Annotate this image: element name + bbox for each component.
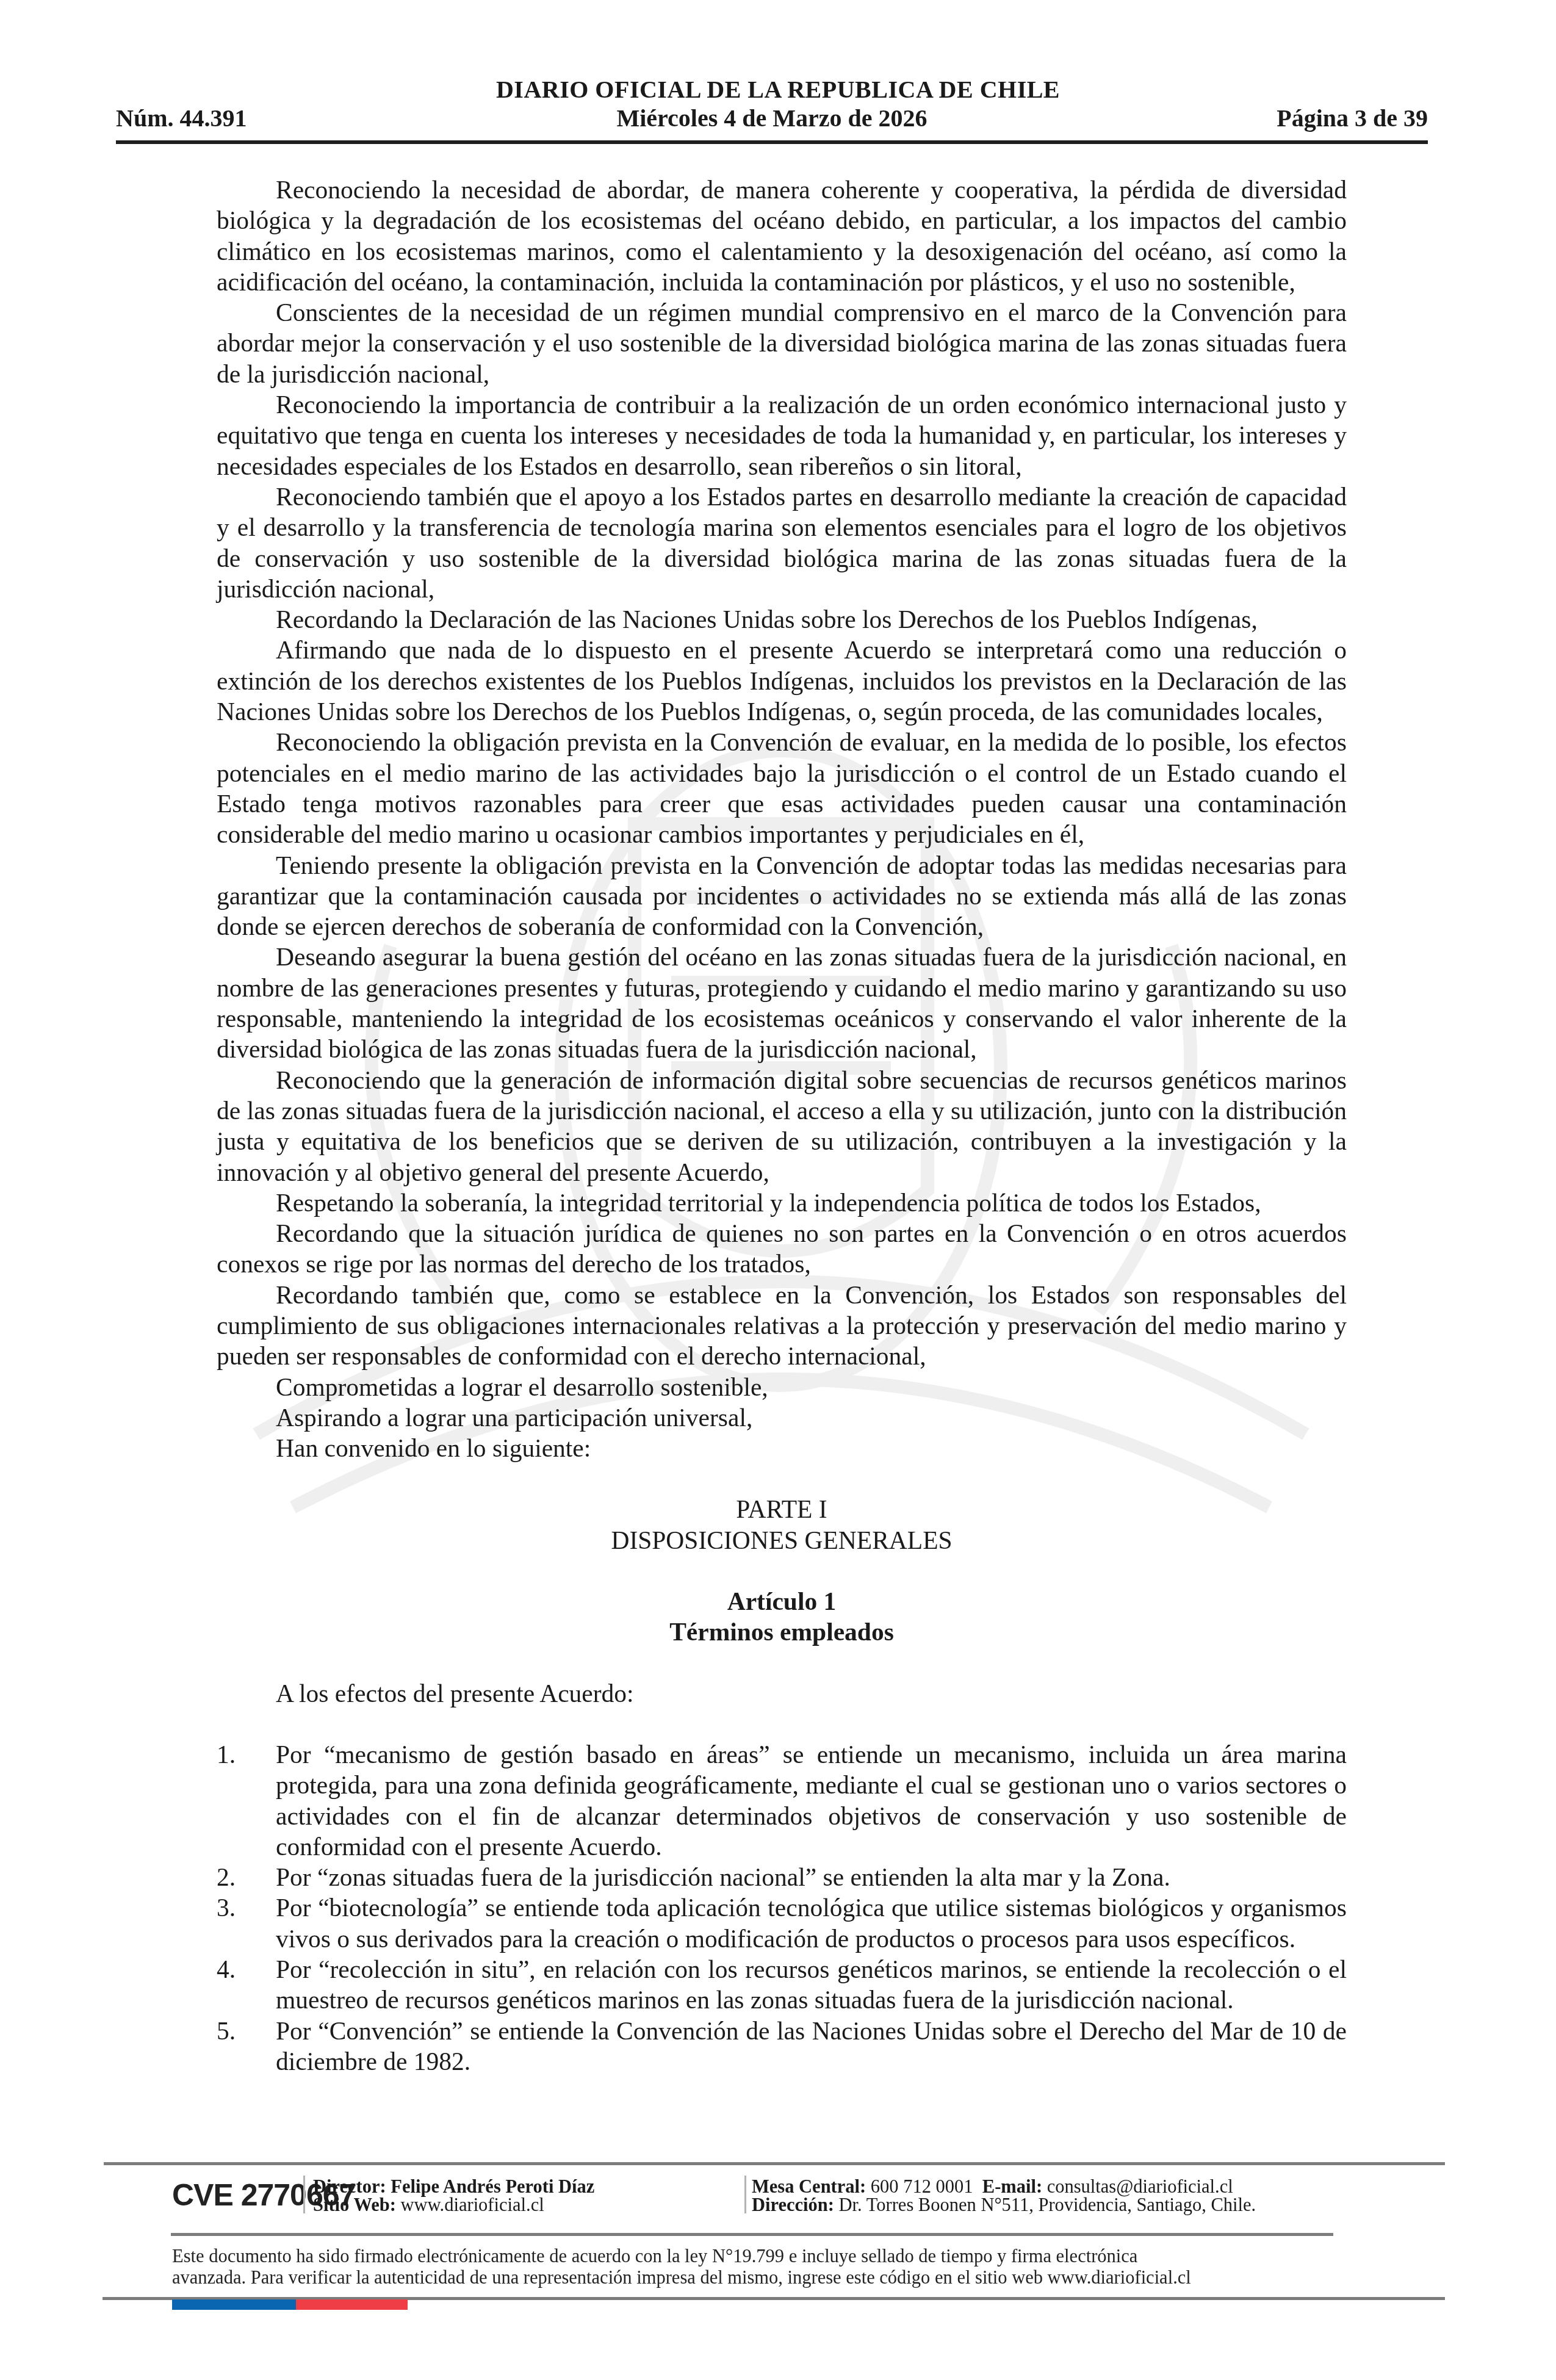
definitions-list: 1.Por “mecanismo de gestión basado en ár…	[217, 1739, 1347, 2077]
article-title: Términos empleados	[217, 1617, 1347, 1647]
address-label: Dirección:	[752, 2194, 834, 2215]
preamble-paragraph: Comprometidas a lograr el desarrollo sos…	[217, 1372, 1347, 1402]
footer-separator	[744, 2176, 746, 2213]
flag-stripe-blue	[172, 2299, 296, 2310]
preamble-paragraph: Deseando asegurar la buena gestión del o…	[217, 942, 1347, 1064]
footer-director-block: Director: Felipe Andrés Peroti Díaz Siti…	[313, 2177, 594, 2214]
page-indicator: Página 3 de 39	[1277, 104, 1428, 132]
preamble-paragraph: Afirmando que nada de lo dispuesto en el…	[217, 635, 1347, 727]
footer-separator	[303, 2176, 305, 2213]
list-item: 5.Por “Convención” se entiende la Conven…	[217, 2016, 1347, 2077]
article-heading: Artículo 1 Términos empleados	[217, 1586, 1347, 1648]
website-label: Sitio Web:	[313, 2194, 396, 2215]
list-item: 4.Por “recolección in situ”, en relación…	[217, 1954, 1347, 2016]
list-item-text: Por “zonas situadas fuera de la jurisdic…	[276, 1863, 1170, 1891]
list-item-number: 1.	[217, 1739, 236, 1770]
list-item: 2.Por “zonas situadas fuera de la jurisd…	[217, 1862, 1347, 1892]
document-body: Reconociendo la necesidad de abordar, de…	[217, 175, 1347, 2077]
article-number: Artículo 1	[217, 1586, 1347, 1617]
preamble-paragraph: Reconociendo la importancia de contribui…	[217, 389, 1347, 481]
list-item-text: Por “Convención” se entiende la Convenci…	[276, 2017, 1347, 2075]
footer-mid-divider	[171, 2233, 1333, 2236]
article-intro: A los efectos del presente Acuerdo:	[217, 1678, 1347, 1709]
phone-number: 600 712 0001	[871, 2176, 973, 2197]
preamble-paragraph: Recordando la Declaración de las Nacione…	[217, 604, 1347, 635]
website-link[interactable]: www.diarioficial.cl	[401, 2194, 544, 2215]
preamble-paragraph: Reconociendo que la generación de inform…	[217, 1065, 1347, 1188]
header-divider	[116, 140, 1428, 144]
part-heading: PARTE I DISPOSICIONES GENERALES	[217, 1494, 1347, 1556]
electronic-signature-notice: Este documento ha sido firmado electróni…	[172, 2246, 1331, 2288]
list-item-text: Por “biotecnología” se entiende toda apl…	[276, 1894, 1347, 1952]
legal-line: avanzada. Para verificar la autenticidad…	[172, 2267, 1331, 2288]
footer-contact-block: Mesa Central: 600 712 0001 E-mail: consu…	[752, 2177, 1256, 2214]
part-number: PARTE I	[217, 1494, 1347, 1524]
address: Dr. Torres Boonen N°511, Providencia, Sa…	[839, 2194, 1256, 2215]
list-item-number: 5.	[217, 2016, 236, 2046]
preamble-paragraph: Reconociendo la obligación prevista en l…	[217, 727, 1347, 849]
director-label: Director:	[313, 2176, 386, 2197]
issue-date: Miércoles 4 de Marzo de 2026	[116, 104, 1428, 132]
list-item-number: 2.	[217, 1862, 236, 1892]
preamble-paragraph: Aspirando a lograr una participación uni…	[217, 1402, 1347, 1433]
director-name: Felipe Andrés Peroti Díaz	[391, 2176, 594, 2197]
list-item-number: 4.	[217, 1954, 236, 1985]
email-link[interactable]: consultas@diarioficial.cl	[1047, 2176, 1233, 2197]
list-item-text: Por “mecanismo de gestión basado en área…	[276, 1740, 1347, 1861]
preamble-paragraph: Conscientes de la necesidad de un régime…	[217, 297, 1347, 389]
publication-title: DIARIO OFICIAL DE LA REPUBLICA DE CHILE	[0, 75, 1556, 104]
header-meta-row: Núm. 44.391 Miércoles 4 de Marzo de 2026…	[116, 104, 1428, 134]
preamble-paragraph: Reconociendo la necesidad de abordar, de…	[217, 175, 1347, 297]
phone-label: Mesa Central:	[752, 2176, 866, 2197]
list-item: 1.Por “mecanismo de gestión basado en ár…	[217, 1739, 1347, 1862]
preamble-paragraph: Teniendo presente la obligación prevista…	[217, 850, 1347, 942]
list-item: 3.Por “biotecnología” se entiende toda a…	[217, 1892, 1347, 1954]
list-item-number: 3.	[217, 1892, 236, 1923]
footer-top-divider	[104, 2162, 1445, 2165]
email-label: E-mail:	[982, 2176, 1042, 2197]
legal-line: Este documento ha sido firmado electróni…	[172, 2246, 1331, 2267]
part-title: DISPOSICIONES GENERALES	[217, 1525, 1347, 1556]
flag-stripe-red	[296, 2299, 408, 2310]
preamble-paragraph: Respetando la soberanía, la integridad t…	[217, 1188, 1347, 1218]
preamble-paragraph: Recordando también que, como se establec…	[217, 1280, 1347, 1372]
preamble-paragraph: Han convenido en lo siguiente:	[217, 1433, 1347, 1463]
list-item-text: Por “recolección in situ”, en relación c…	[276, 1955, 1347, 2014]
preamble-paragraph: Recordando que la situación jurídica de …	[217, 1218, 1347, 1280]
preamble-paragraph: Reconociendo también que el apoyo a los …	[217, 481, 1347, 604]
